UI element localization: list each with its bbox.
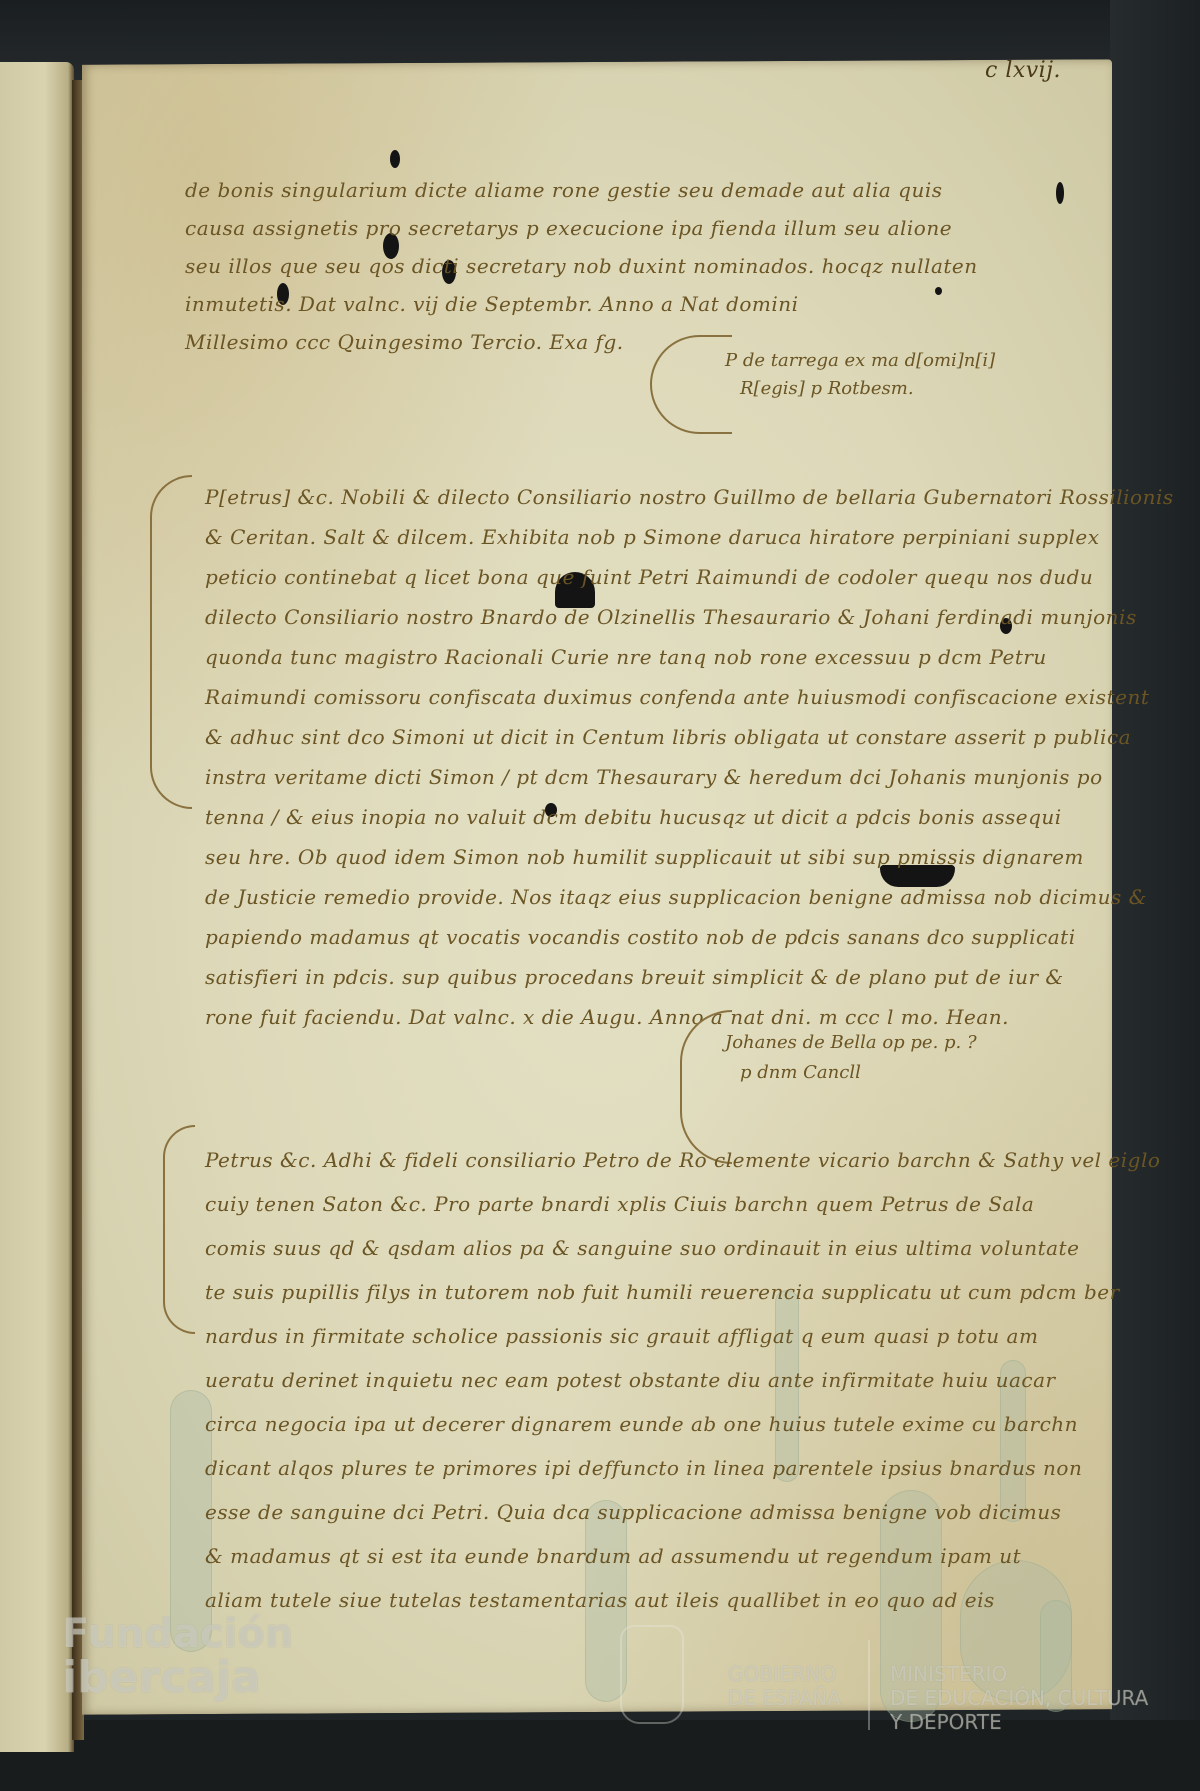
facing-page-edge	[0, 62, 74, 1752]
spain-coat-of-arms-icon	[620, 1625, 684, 1724]
watermark-ministerio: MINISTERIO DE EDUCACIÓN, CULTURA Y DEPOR…	[890, 1662, 1148, 1734]
watermark-fundacion-ibercaja: Fundación ibercaja	[62, 1612, 293, 1700]
watermark-gobierno-de-espana: GOBIERNO DE ESPAÑA	[728, 1662, 841, 1710]
scribe-signature-line-1: P de tarrega ex ma d[omi]n[i]	[725, 350, 995, 371]
paragraph-bracket	[150, 475, 192, 809]
scribe-signature-line-2: R[egis] p Rotbesm.	[740, 378, 914, 399]
worm-hole	[935, 287, 942, 295]
watermark-divider	[868, 1640, 870, 1730]
worm-hole	[390, 150, 400, 168]
scribe-signature-line-1: Johanes de Bella op pe. p. ?	[725, 1032, 977, 1053]
worm-hole	[1056, 182, 1064, 204]
scribe-signature-line-2: p dnm Cancll	[740, 1062, 861, 1083]
folio-number: c lxvij.	[985, 58, 1061, 83]
paragraph-bracket	[163, 1125, 195, 1334]
